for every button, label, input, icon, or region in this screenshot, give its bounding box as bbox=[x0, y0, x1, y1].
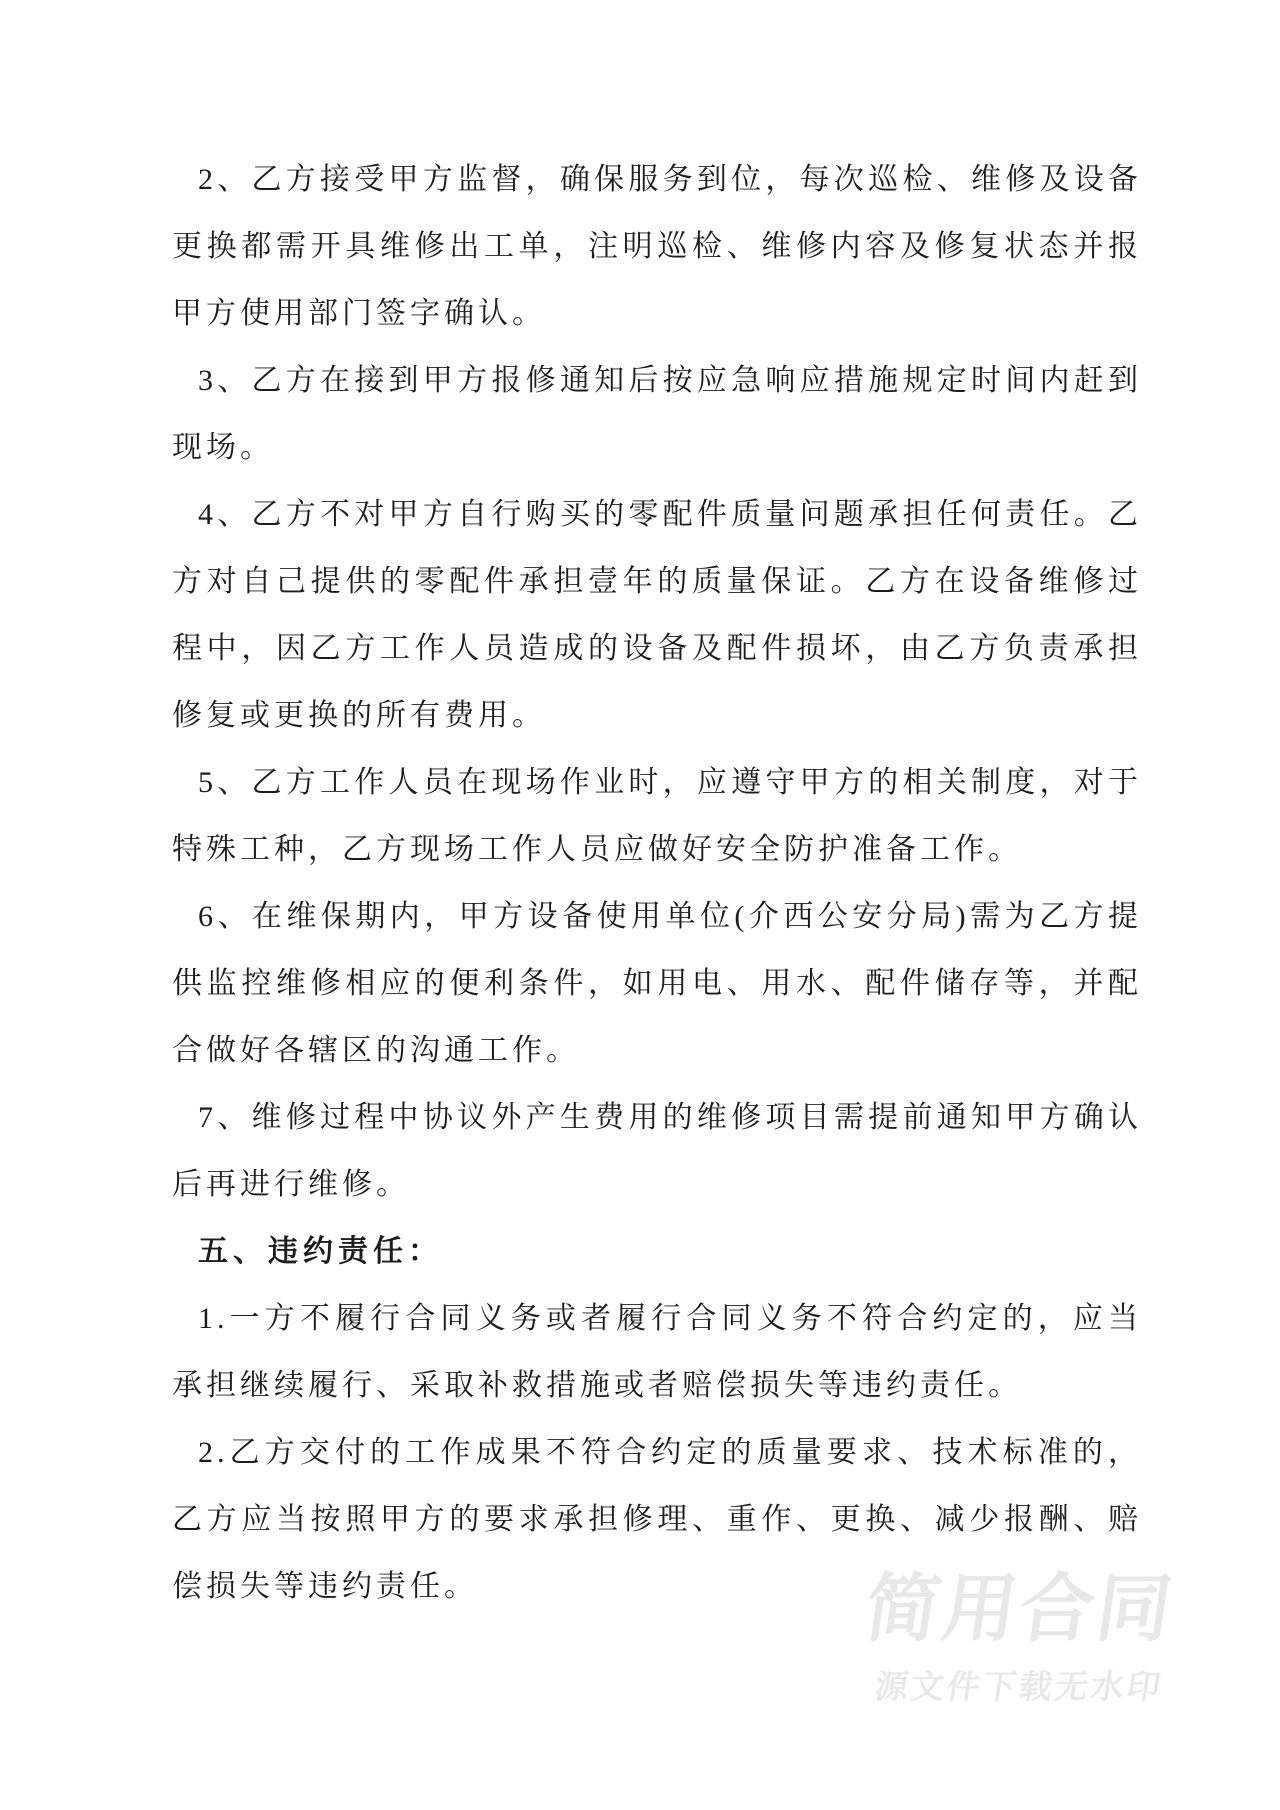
clause-paragraph: 2、乙方接受甲方监督，确保服务到位，每次巡检、维修及设备更换都需开具维修出工单，… bbox=[172, 146, 1142, 347]
clause-paragraph: 2.乙方交付的工作成果不符合约定的质量要求、技术标准的，乙方应当按照甲方的要求承… bbox=[172, 1419, 1142, 1620]
clause-paragraph: 1.一方不履行合同义务或者履行合同义务不符合约定的，应当承担继续履行、采取补救措… bbox=[172, 1285, 1142, 1419]
section-heading-breach-liability: 五、违约责任： bbox=[172, 1218, 1142, 1285]
clause-paragraph: 6、在维保期内，甲方设备使用单位(介西公安分局)需为乙方提供监控维修相应的便利条… bbox=[172, 883, 1142, 1084]
clause-paragraph: 7、维修过程中协议外产生费用的维修项目需提前通知甲方确认后再进行维修。 bbox=[172, 1084, 1142, 1218]
contract-page: 2、乙方接受甲方监督，确保服务到位，每次巡检、维修及设备更换都需开具维修出工单，… bbox=[0, 0, 1280, 1810]
clause-paragraph: 5、乙方工作人员在现场作业时，应遵守甲方的相关制度，对于特殊工种，乙方现场工作人… bbox=[172, 749, 1142, 883]
clause-paragraph: 4、乙方不对甲方自行购买的零配件质量问题承担任何责任。乙方对自己提供的零配件承担… bbox=[172, 481, 1142, 749]
contract-body: 2、乙方接受甲方监督，确保服务到位，每次巡检、维修及设备更换都需开具维修出工单，… bbox=[172, 146, 1142, 1620]
clause-paragraph: 3、乙方在接到甲方报修通知后按应急响应措施规定时间内赶到现场。 bbox=[172, 347, 1142, 481]
watermark-subtitle: 源文件下载无水印 bbox=[873, 1670, 1166, 1703]
